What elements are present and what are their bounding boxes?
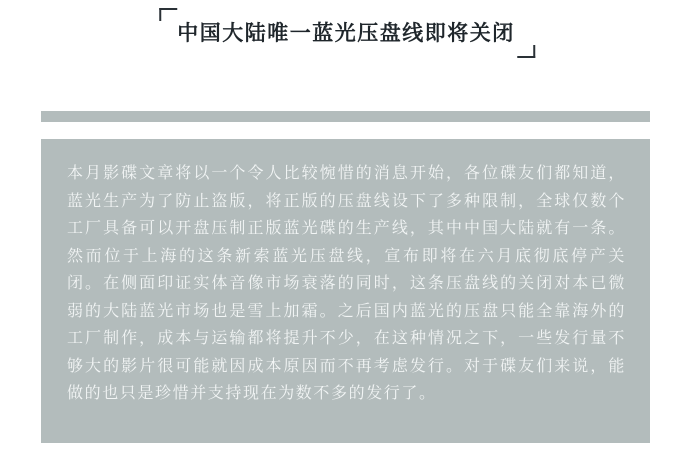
article-header: 中国大陆唯一蓝光压盘线即将关闭: [159, 8, 535, 58]
article-body-panel: 本月影碟文章将以一个令人比较惋惜的消息开始，各位碟友们都知道，蓝光生产为了防止盗…: [41, 139, 650, 443]
divider-bar: [41, 111, 650, 122]
page-title: 中国大陆唯一蓝光压盘线即将关闭: [177, 22, 515, 46]
corner-bracket-top-left-icon: [159, 8, 177, 21]
corner-bracket-bottom-right-icon: [517, 45, 535, 58]
article-page: 中国大陆唯一蓝光压盘线即将关闭 本月影碟文章将以一个令人比较惋惜的消息开始，各位…: [0, 0, 694, 462]
article-paragraph: 本月影碟文章将以一个令人比较惋惜的消息开始，各位碟友们都知道，蓝光生产为了防止盗…: [67, 160, 626, 408]
